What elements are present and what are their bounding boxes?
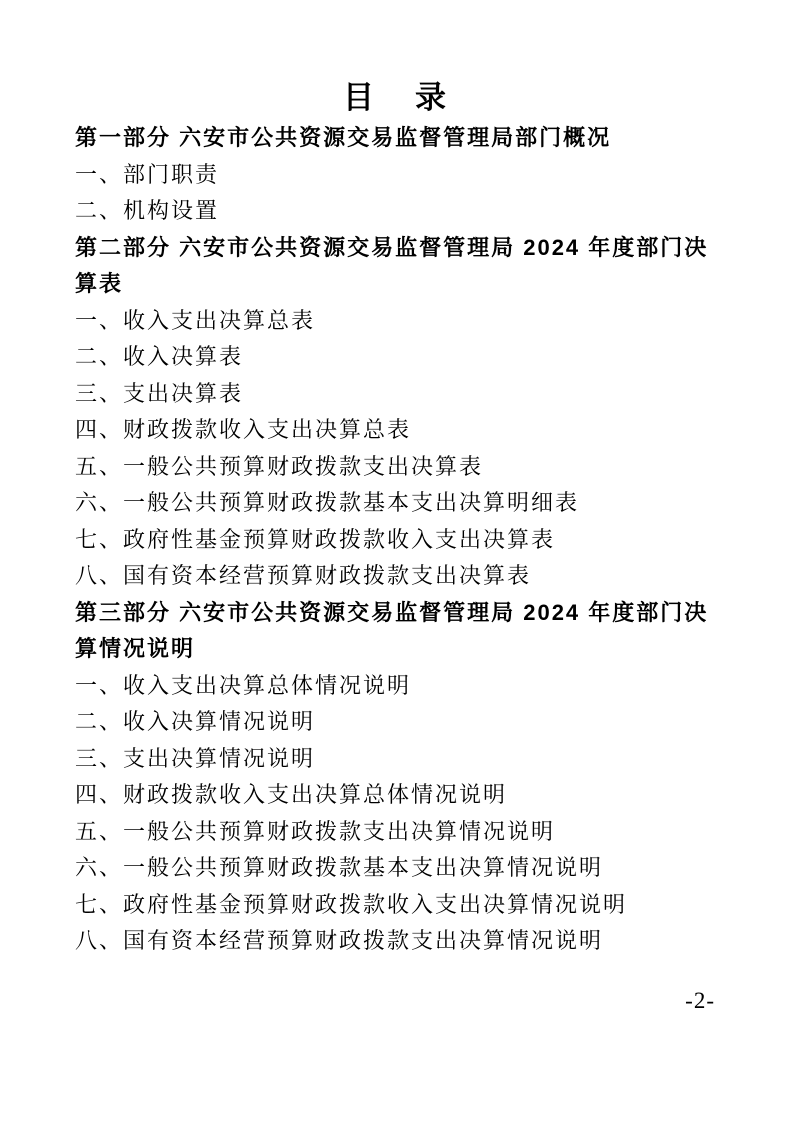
toc-item: 八、国有资本经营预算财政拨款支出决算情况说明: [75, 923, 719, 960]
toc-item: 二、收入决算表: [75, 339, 719, 376]
toc-content: 目 录 第一部分 六安市公共资源交易监督管理局部门概况 一、部门职责 二、机构设…: [75, 76, 719, 960]
toc-item: 二、收入决算情况说明: [75, 704, 719, 741]
toc-item: 一、收入支出决算总体情况说明: [75, 668, 719, 705]
toc-item: 六、一般公共预算财政拨款基本支出决算明细表: [75, 485, 719, 522]
toc-section-2-heading: 第二部分 六安市公共资源交易监督管理局 2024 年度部门决算表: [75, 230, 719, 303]
toc-item: 二、机构设置: [75, 193, 719, 230]
toc-item: 一、收入支出决算总表: [75, 303, 719, 340]
toc-item: 五、一般公共预算财政拨款支出决算表: [75, 449, 719, 486]
toc-item: 六、一般公共预算财政拨款基本支出决算情况说明: [75, 850, 719, 887]
toc-section-1-heading: 第一部分 六安市公共资源交易监督管理局部门概况: [75, 120, 719, 157]
toc-item: 八、国有资本经营预算财政拨款支出决算表: [75, 558, 719, 595]
toc-item: 四、财政拨款收入支出决算总表: [75, 412, 719, 449]
toc-item: 三、支出决算情况说明: [75, 741, 719, 778]
page-number: -2-: [685, 988, 715, 1014]
toc-item: 七、政府性基金预算财政拨款收入支出决算表: [75, 522, 719, 559]
toc-item: 五、一般公共预算财政拨款支出决算情况说明: [75, 814, 719, 851]
toc-item: 一、部门职责: [75, 157, 719, 194]
document-page: 目 录 第一部分 六安市公共资源交易监督管理局部门概况 一、部门职责 二、机构设…: [0, 0, 793, 1122]
toc-item: 七、政府性基金预算财政拨款收入支出决算情况说明: [75, 887, 719, 924]
toc-item: 四、财政拨款收入支出决算总体情况说明: [75, 777, 719, 814]
toc-item: 三、支出决算表: [75, 376, 719, 413]
page-title: 目 录: [75, 76, 719, 120]
table-of-contents: 第一部分 六安市公共资源交易监督管理局部门概况 一、部门职责 二、机构设置 第二…: [75, 120, 719, 960]
toc-section-3-heading: 第三部分 六安市公共资源交易监督管理局 2024 年度部门决算情况说明: [75, 595, 719, 668]
